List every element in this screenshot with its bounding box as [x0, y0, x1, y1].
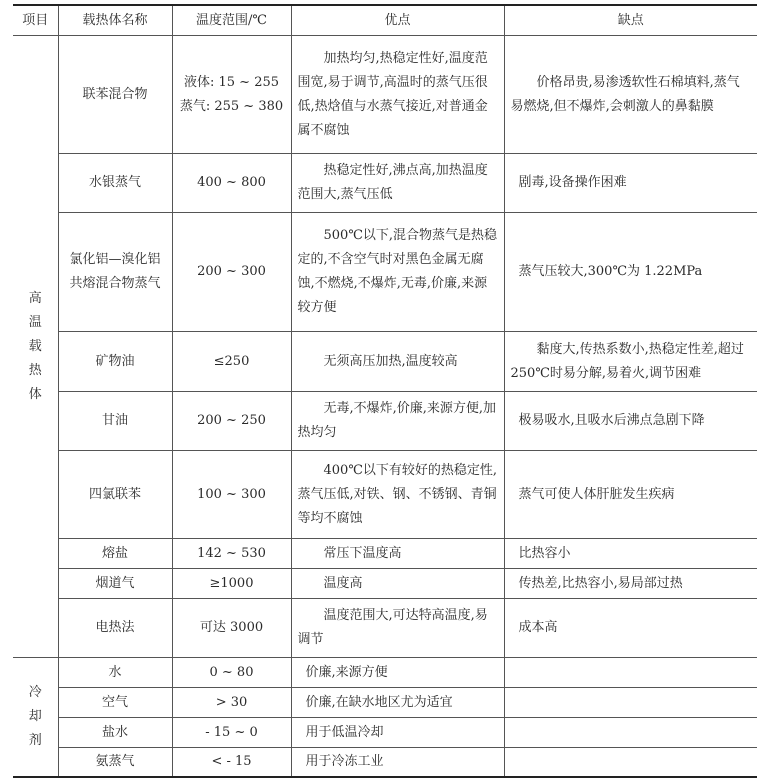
carrier-name: 水: [58, 658, 172, 688]
temperature-range-line: 液体: 15 ~ 255: [179, 71, 285, 95]
table-row: 氨蒸气 < - 15 用于冷冻工业: [13, 748, 757, 777]
advantages: 无毒,不爆炸,价廉,来源方便,加热均匀: [291, 392, 504, 451]
advantages: 常压下温度高: [291, 539, 504, 569]
temperature-range: > 30: [172, 688, 291, 718]
disadvantages: 比热容小: [504, 539, 757, 569]
temperature-range: ≤250: [172, 332, 291, 392]
advantages: 无须高压加热,温度较高: [291, 332, 504, 392]
advantages: 加热均匀,热稳定性好,温度范围宽,易于调节,高温时的蒸气压很低,热焓值与水蒸气接…: [291, 36, 504, 154]
disadvantages: [504, 748, 757, 777]
table-row: 矿物油 ≤250 无须高压加热,温度较高 黏度大,传热系数小,热稳定性差,超过 …: [13, 332, 757, 392]
category-cell-coolant: 冷却剂: [13, 658, 58, 777]
carrier-name: 矿物油: [58, 332, 172, 392]
temperature-range: 200 ~ 300: [172, 213, 291, 332]
carrier-name: 空气: [58, 688, 172, 718]
carrier-name: 盐水: [58, 718, 172, 748]
advantages: 用于低温冷却: [291, 718, 504, 748]
temperature-range: - 15 ~ 0: [172, 718, 291, 748]
temperature-range-line: 蒸气: 255 ~ 380: [179, 95, 285, 119]
temperature-range: 100 ~ 300: [172, 451, 291, 539]
disadvantages: 极易吸水,且吸水后沸点急剧下降: [504, 392, 757, 451]
advantages: 温度范围大,可达特高温度,易调节: [291, 599, 504, 658]
category-cell-high-temp: 高温载热体: [13, 36, 58, 658]
header-disadvantages: 缺点: [504, 5, 757, 36]
carrier-name: 水银蒸气: [58, 154, 172, 213]
disadvantages: 蒸气可使人体肝脏发生疾病: [504, 451, 757, 539]
disadvantages: 剧毒,设备操作困难: [504, 154, 757, 213]
advantages: 用于冷冻工业: [291, 748, 504, 777]
table-row: 甘油 200 ~ 250 无毒,不爆炸,价廉,来源方便,加热均匀 极易吸水,且吸…: [13, 392, 757, 451]
carrier-name-line: 共熔混合物蒸气: [65, 272, 166, 296]
advantages: 500℃以下,混合物蒸气是热稳定的,不含空气时对黑色金属无腐蚀,不燃烧,不爆炸,…: [291, 213, 504, 332]
carrier-name: 氯化铝—溴化铝 共熔混合物蒸气: [58, 213, 172, 332]
table-row: 空气 > 30 价廉,在缺水地区尤为适宜: [13, 688, 757, 718]
temperature-range: 液体: 15 ~ 255 蒸气: 255 ~ 380: [172, 36, 291, 154]
carrier-name: 烟道气: [58, 569, 172, 599]
carrier-name: 联苯混合物: [58, 36, 172, 154]
table-row: 高温载热体 联苯混合物 液体: 15 ~ 255 蒸气: 255 ~ 380 加…: [13, 36, 757, 154]
heat-carrier-comparison-table: 项目 载热体名称 温度范围/℃ 优点 缺点 高温载热体 联苯混合物 液体: 15…: [13, 4, 757, 778]
disadvantages: 蒸气压较大,300℃为 1.22MPa: [504, 213, 757, 332]
carrier-name: 四氯联苯: [58, 451, 172, 539]
advantages: 价廉,在缺水地区尤为适宜: [291, 688, 504, 718]
header-row: 项目 载热体名称 温度范围/℃ 优点 缺点: [13, 5, 757, 36]
disadvantages: 黏度大,传热系数小,热稳定性差,超过 250℃时易分解,易着火,调节困难: [504, 332, 757, 392]
table-row: 盐水 - 15 ~ 0 用于低温冷却: [13, 718, 757, 748]
table-row: 水银蒸气 400 ~ 800 热稳定性好,沸点高,加热温度范围大,蒸气压低 剧毒…: [13, 154, 757, 213]
disadvantages: 传热差,比热容小,易局部过热: [504, 569, 757, 599]
advantages: 价廉,来源方便: [291, 658, 504, 688]
header-advantages: 优点: [291, 5, 504, 36]
header-temperature-range: 温度范围/℃: [172, 5, 291, 36]
table-row: 电热法 可达 3000 温度范围大,可达特高温度,易调节 成本高: [13, 599, 757, 658]
header-category: 项目: [13, 5, 58, 36]
carrier-name: 氨蒸气: [58, 748, 172, 777]
category-label: 高温载热体: [28, 287, 42, 407]
table-row: 熔盐 142 ~ 530 常压下温度高 比热容小: [13, 539, 757, 569]
table-row: 烟道气 ≥1000 温度高 传热差,比热容小,易局部过热: [13, 569, 757, 599]
temperature-range: ≥1000: [172, 569, 291, 599]
advantages: 400℃以下有较好的热稳定性,蒸气压低,对铁、钢、不锈钢、青铜等均不腐蚀: [291, 451, 504, 539]
temperature-range: 142 ~ 530: [172, 539, 291, 569]
header-carrier-name: 载热体名称: [58, 5, 172, 36]
category-label: 冷却剂: [28, 681, 42, 753]
carrier-name: 甘油: [58, 392, 172, 451]
disadvantages: 价格昂贵,易渗透软性石棉填料,蒸气易燃烧,但不爆炸,会刺激人的鼻黏膜: [504, 36, 757, 154]
table-row: 冷却剂 水 0 ~ 80 价廉,来源方便: [13, 658, 757, 688]
temperature-range: 可达 3000: [172, 599, 291, 658]
advantages: 温度高: [291, 569, 504, 599]
carrier-name-line: 氯化铝—溴化铝: [65, 248, 166, 272]
temperature-range: 400 ~ 800: [172, 154, 291, 213]
disadvantages: [504, 718, 757, 748]
temperature-range: 0 ~ 80: [172, 658, 291, 688]
table-row: 氯化铝—溴化铝 共熔混合物蒸气 200 ~ 300 500℃以下,混合物蒸气是热…: [13, 213, 757, 332]
disadvantages: [504, 658, 757, 688]
advantages: 热稳定性好,沸点高,加热温度范围大,蒸气压低: [291, 154, 504, 213]
carrier-name: 电热法: [58, 599, 172, 658]
disadvantages: 成本高: [504, 599, 757, 658]
table-row: 四氯联苯 100 ~ 300 400℃以下有较好的热稳定性,蒸气压低,对铁、钢、…: [13, 451, 757, 539]
temperature-range: < - 15: [172, 748, 291, 777]
disadvantages: [504, 688, 757, 718]
temperature-range: 200 ~ 250: [172, 392, 291, 451]
carrier-name: 熔盐: [58, 539, 172, 569]
